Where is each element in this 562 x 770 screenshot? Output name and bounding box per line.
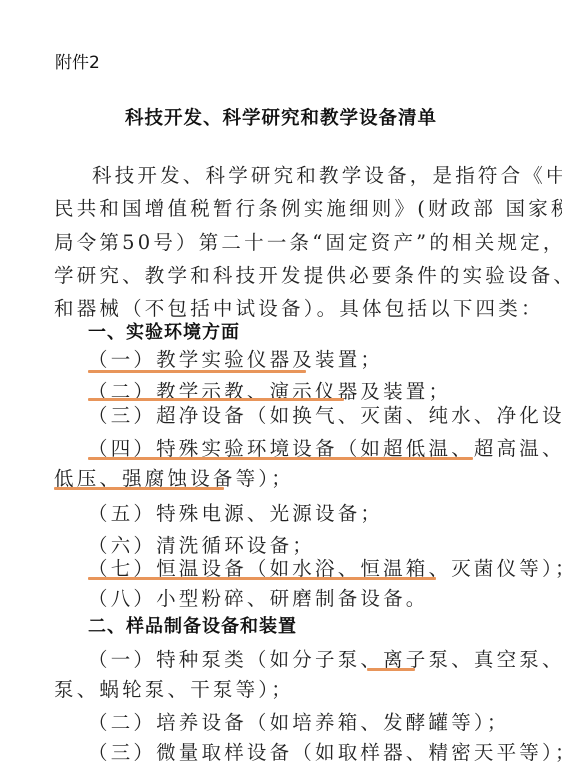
list-item-continuation: 泵、蜗轮泵、干泵等）； xyxy=(54,678,294,702)
intro-line: 科技开发、科学研究和教学设备，是指符合《中华人 xyxy=(92,164,562,188)
highlight-underline xyxy=(88,577,436,580)
highlight-underline xyxy=(88,398,344,401)
intro-line: 局令第50号）第二十一条“固定资产”的相关规定，为科 xyxy=(54,231,562,255)
list-item: （三）超净设备（如换气、灭菌、纯水、净化设备等）； xyxy=(88,404,562,428)
highlight-underline xyxy=(367,668,415,671)
list-item: （六）清洗循环设备； xyxy=(88,534,315,558)
intro-line: 学研究、教学和科技开发提供必要条件的实验设备、装置 xyxy=(54,264,562,288)
section-heading: 二、样品制备设备和装置 xyxy=(88,612,297,638)
attachment-label: 附件2 xyxy=(55,48,100,73)
list-item: （三）微量取样设备（如取样器、精密天平等）； xyxy=(88,741,562,765)
list-item: （一）教学实验仪器及装置； xyxy=(88,348,383,372)
section-heading: 一、实验环境方面 xyxy=(88,318,240,344)
highlight-underline xyxy=(54,487,224,490)
document-title: 科技开发、科学研究和教学设备清单 xyxy=(0,104,562,130)
intro-line: 民共和国增值税暂行条例实施细则》(财政部 国家税务总 xyxy=(54,197,562,221)
list-item: （一）特种泵类（如分子泵、离子泵、真空泵、蠕动 xyxy=(88,648,562,672)
highlight-underline xyxy=(88,370,306,373)
list-item: （二）培养设备（如培养箱、发酵罐等）； xyxy=(88,711,510,735)
list-item: （八）小型粉碎、研磨制备设备。 xyxy=(88,587,429,611)
list-item: （五）特殊电源、光源设备； xyxy=(88,502,383,526)
highlight-underline xyxy=(88,457,473,460)
